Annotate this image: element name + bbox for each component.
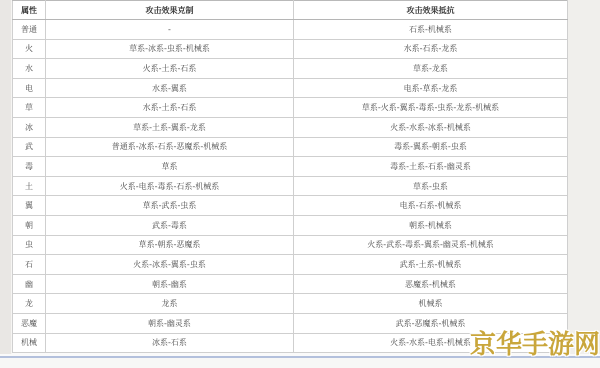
type-cell: 草 — [13, 98, 46, 118]
page-left-gutter — [0, 0, 12, 354]
resisted-by-cell: 武系-土系-机械系 — [294, 255, 568, 275]
resisted-by-cell: 毒系-翼系-朝系-虫系 — [294, 137, 568, 157]
strong-against-cell: 草系 — [46, 157, 294, 177]
type-cell: 火 — [13, 39, 46, 59]
table-row: 翼 草系-武系-虫系 电系-石系-机械系 — [13, 196, 568, 216]
table-row: 武 普通系-冰系-石系-恶魔系-机械系 毒系-翼系-朝系-虫系 — [13, 137, 568, 157]
type-cell: 恶魔 — [13, 313, 46, 333]
strong-against-cell: 龙系 — [46, 294, 294, 314]
strong-against-cell: 草系-冰系-虫系-机械系 — [46, 39, 294, 59]
type-cell: 毒 — [13, 157, 46, 177]
header-resisted-by: 攻击效果抵抗 — [294, 1, 568, 20]
type-cell: 石 — [13, 255, 46, 275]
strong-against-cell: 冰系-石系 — [46, 333, 294, 353]
strong-against-cell: 普通系-冰系-石系-恶魔系-机械系 — [46, 137, 294, 157]
table-row: 虫 草系-朝系-恶魔系 火系-武系-毒系-翼系-幽灵系-机械系 — [13, 235, 568, 255]
table-row: 毒 草系 毒系-土系-石系-幽灵系 — [13, 157, 568, 177]
type-effectiveness-table: 属性 攻击效果克制 攻击效果抵抗 普通 - 石系-机械系 火 草系-冰系-虫系-… — [12, 0, 568, 353]
resisted-by-cell: 草系-虫系 — [294, 176, 568, 196]
strong-against-cell: 草系-土系-翼系-龙系 — [46, 117, 294, 137]
strong-against-cell: 武系-毒系 — [46, 215, 294, 235]
type-cell: 水 — [13, 59, 46, 79]
type-cell: 机械 — [13, 333, 46, 353]
table-row: 石 火系-冰系-翼系-虫系 武系-土系-机械系 — [13, 255, 568, 275]
type-cell: 电 — [13, 78, 46, 98]
type-cell: 幽 — [13, 274, 46, 294]
type-cell: 武 — [13, 137, 46, 157]
strong-against-cell: 草系-朝系-恶魔系 — [46, 235, 294, 255]
table-row: 冰 草系-土系-翼系-龙系 火系-水系-冰系-机械系 — [13, 117, 568, 137]
resisted-by-cell: 朝系-机械系 — [294, 215, 568, 235]
watermark-text: 京华手游网 — [470, 330, 600, 361]
strong-against-cell: 火系-冰系-翼系-虫系 — [46, 255, 294, 275]
resisted-by-cell: 毒系-土系-石系-幽灵系 — [294, 157, 568, 177]
header-row: 属性 攻击效果克制 攻击效果抵抗 — [13, 1, 568, 20]
table-row: 电 水系-翼系 电系-草系-龙系 — [13, 78, 568, 98]
table-row: 龙 龙系 机械系 — [13, 294, 568, 314]
type-cell: 翼 — [13, 196, 46, 216]
strong-against-cell: 朝系-幽系 — [46, 274, 294, 294]
type-cell: 土 — [13, 176, 46, 196]
strong-against-cell: 水系-翼系 — [46, 78, 294, 98]
strong-against-cell: 朝系-幽灵系 — [46, 313, 294, 333]
table-row: 土 火系-电系-毒系-石系-机械系 草系-虫系 — [13, 176, 568, 196]
page: 属性 攻击效果克制 攻击效果抵抗 普通 - 石系-机械系 火 草系-冰系-虫系-… — [0, 0, 600, 368]
type-cell: 龙 — [13, 294, 46, 314]
header-strong-against: 攻击效果克制 — [46, 1, 294, 20]
strong-against-cell: - — [46, 20, 294, 40]
table-row: 水 火系-土系-石系 草系-龙系 — [13, 59, 568, 79]
table-row: 幽 朝系-幽系 恶魔系-机械系 — [13, 274, 568, 294]
resisted-by-cell: 草系-龙系 — [294, 59, 568, 79]
resisted-by-cell: 火系-武系-毒系-翼系-幽灵系-机械系 — [294, 235, 568, 255]
strong-against-cell: 火系-电系-毒系-石系-机械系 — [46, 176, 294, 196]
table-row: 普通 - 石系-机械系 — [13, 20, 568, 40]
type-cell: 虫 — [13, 235, 46, 255]
type-cell: 普通 — [13, 20, 46, 40]
resisted-by-cell: 草系-火系-翼系-毒系-虫系-龙系-机械系 — [294, 98, 568, 118]
type-cell: 朝 — [13, 215, 46, 235]
strong-against-cell: 草系-武系-虫系 — [46, 196, 294, 216]
table-row: 草 水系-土系-石系 草系-火系-翼系-毒系-虫系-龙系-机械系 — [13, 98, 568, 118]
resisted-by-cell: 机械系 — [294, 294, 568, 314]
strong-against-cell: 火系-土系-石系 — [46, 59, 294, 79]
resisted-by-cell: 水系-石系-龙系 — [294, 39, 568, 59]
page-right-gutter — [567, 0, 600, 354]
resisted-by-cell: 恶魔系-机械系 — [294, 274, 568, 294]
resisted-by-cell: 电系-石系-机械系 — [294, 196, 568, 216]
resisted-by-cell: 火系-水系-冰系-机械系 — [294, 117, 568, 137]
table-row: 火 草系-冰系-虫系-机械系 水系-石系-龙系 — [13, 39, 568, 59]
table-row: 朝 武系-毒系 朝系-机械系 — [13, 215, 568, 235]
header-type: 属性 — [13, 1, 46, 20]
resisted-by-cell: 石系-机械系 — [294, 20, 568, 40]
table-body: 普通 - 石系-机械系 火 草系-冰系-虫系-机械系 水系-石系-龙系 水 火系… — [13, 20, 568, 353]
strong-against-cell: 水系-土系-石系 — [46, 98, 294, 118]
type-cell: 冰 — [13, 117, 46, 137]
resisted-by-cell: 电系-草系-龙系 — [294, 78, 568, 98]
